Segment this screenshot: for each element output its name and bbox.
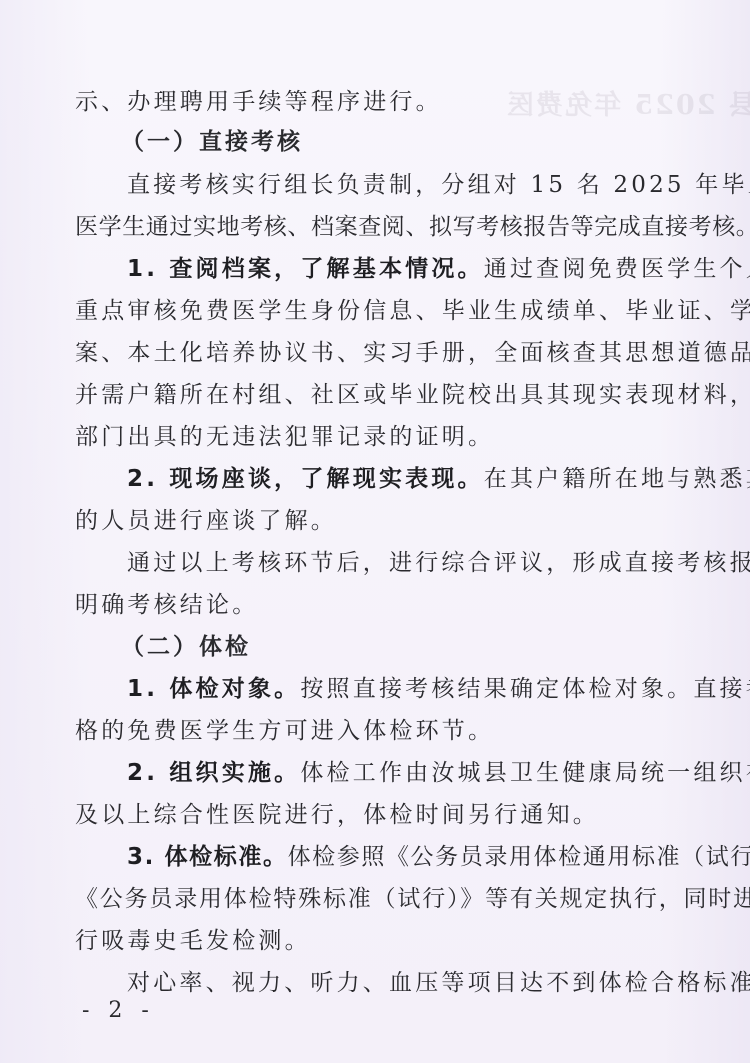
paragraph-line: 重点审核免费医学生身份信息、毕业生成绩单、毕业证、学生档 [75, 290, 687, 332]
item-title: 2. 现场座谈，了解现实表现。 [127, 466, 484, 492]
item-title: 1. 查阅档案，了解基本情况。 [127, 256, 484, 282]
numbered-item-exam-standard: 3. 体检标准。体检参照《公务员录用体检通用标准（试行）》 [75, 836, 687, 878]
numbered-item-review-files: 1. 查阅档案，了解基本情况。通过查阅免费医学生个人档案， [75, 248, 687, 290]
item-title: 3. 体检标准。 [127, 844, 288, 870]
paragraph-line: 对心率、视力、听力、血压等项目达不到体检合格标准的， [75, 962, 687, 1004]
item-title: 2. 组织实施。 [127, 760, 300, 786]
paragraph-line: 及以上综合性医院进行，体检时间另行通知。 [75, 794, 687, 836]
paragraph-line: 案、本土化培养协议书、实习手册，全面核查其思想道德品质， [75, 332, 687, 374]
page-number: - 2 - [82, 998, 155, 1023]
paragraph-line: 医学生通过实地考核、档案查阅、拟写考核报告等完成直接考核。 [75, 206, 687, 248]
item-body: 按照直接考核结果确定体检对象。直接考核合 [300, 676, 750, 702]
paragraph-line: 《公务员录用体检特殊标准（试行）》等有关规定执行，同时进 [75, 878, 687, 920]
paragraph-line: 并需户籍所在村组、社区或毕业院校出具其现实表现材料，公安 [75, 374, 687, 416]
section-heading-direct-assessment: （一）直接考核 [75, 121, 687, 163]
item-body: 体检参照《公务员录用体检通用标准（试行）》 [288, 844, 750, 870]
paragraph-line: 格的免费医学生方可进入体检环节。 [75, 710, 687, 752]
paragraph-line: 行吸毒史毛发检测。 [75, 920, 687, 962]
item-body: 通过查阅免费医学生个人档案， [484, 256, 750, 282]
item-body: 在其户籍所在地与熟悉其情况 [484, 466, 750, 492]
paragraph-line: 部门出具的无违法犯罪记录的证明。 [75, 416, 687, 458]
paragraph-line: 直接考核实行组长负责制，分组对 15 名 2025 年毕业的免费 [75, 164, 687, 206]
paragraph-line: 明确考核结论。 [75, 584, 687, 626]
paragraph-line: 示、办理聘用手续等程序进行。 [75, 81, 687, 123]
section-heading-physical-exam: （二）体检 [75, 626, 687, 668]
item-body: 体检工作由汝城县卫生健康局统一组织在县级 [300, 760, 750, 786]
numbered-item-exam-subjects: 1. 体检对象。按照直接考核结果确定体检对象。直接考核合 [75, 668, 687, 710]
item-title: 1. 体检对象。 [127, 676, 300, 702]
numbered-item-interview: 2. 现场座谈，了解现实表现。在其户籍所在地与熟悉其情况 [75, 458, 687, 500]
paragraph-line: 的人员进行座谈了解。 [75, 500, 687, 542]
numbered-item-organization: 2. 组织实施。体检工作由汝城县卫生健康局统一组织在县级 [75, 752, 687, 794]
paragraph-line: 通过以上考核环节后，进行综合评议，形成直接考核报告， [75, 542, 687, 584]
